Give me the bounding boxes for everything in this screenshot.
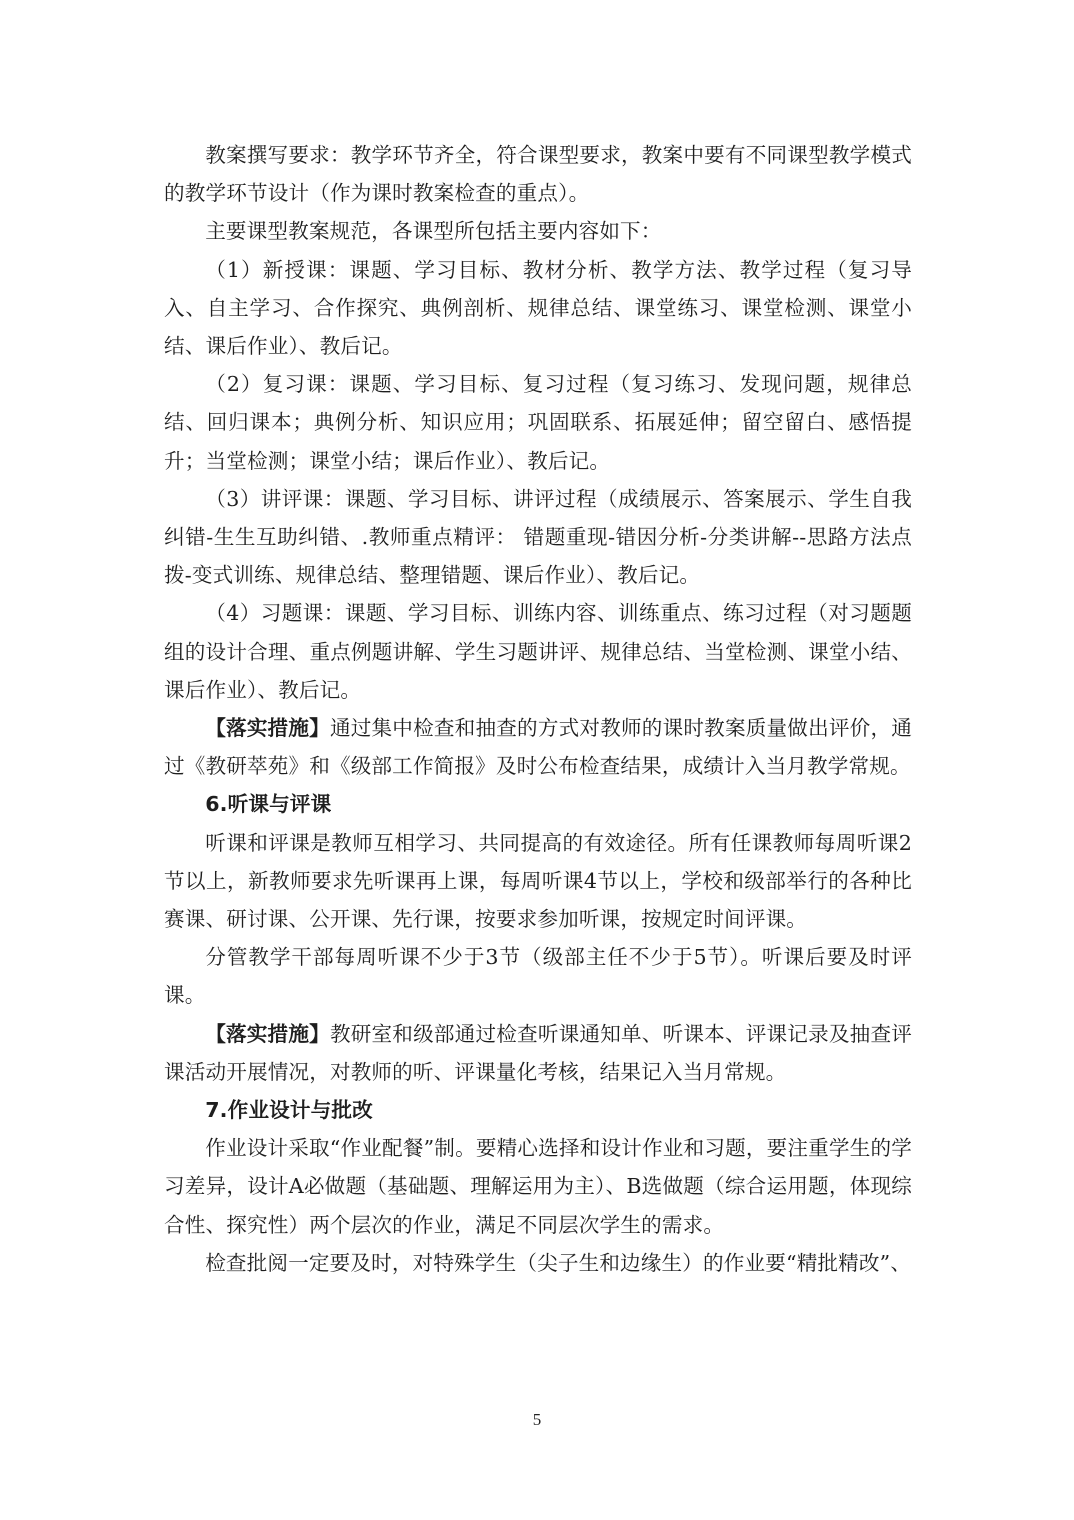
paragraph-admin-observation: 分管教学干部每周听课不少于3节（级部主任不少于5节）。听课后要及时评课。 <box>164 938 912 1014</box>
section-heading-7: 7.作业设计与批改 <box>164 1091 912 1129</box>
page-number: 5 <box>0 1410 1074 1430</box>
document-body: 教案撰写要求：教学环节齐全，符合课型要求，教案中要有不同课型教学模式的教学环节设… <box>164 136 912 1282</box>
paragraph-exercise-lesson: （4）习题课：课题、学习目标、训练内容、训练重点、练习过程（对习题题组的设计合理… <box>164 594 912 709</box>
measures-label: 【落实措施】 <box>205 1022 330 1046</box>
paragraph-observation-intro: 听课和评课是教师互相学习、共同提高的有效途径。所有任课教师每周听课2节以上，新教… <box>164 824 912 939</box>
paragraph-lesson-types-intro: 主要课型教案规范，各课型所包括主要内容如下： <box>164 212 912 250</box>
paragraph-measures-observation: 【落实措施】教研室和级部通过检查听课通知单、听课本、评课记录及抽查评课活动开展情… <box>164 1015 912 1091</box>
paragraph-homework-design: 作业设计采取“作业配餐”制。要精心选择和设计作业和习题，要注重学生的学习差异，设… <box>164 1129 912 1244</box>
section-heading-6: 6.听课与评课 <box>164 785 912 823</box>
paragraph-homework-grading: 检查批阅一定要及时，对特殊学生（尖子生和边缘生）的作业要“精批精改”、 <box>164 1244 912 1282</box>
paragraph-new-lesson: （1）新授课：课题、学习目标、教材分析、教学方法、教学过程（复习导入、自主学习、… <box>164 251 912 366</box>
paragraph-review-lesson: （2）复习课：课题、学习目标、复习过程（复习练习、发现问题，规律总结、回归课本；… <box>164 365 912 480</box>
paragraph-measures-lesson-plans: 【落实措施】通过集中检查和抽查的方式对教师的课时教案质量做出评价，通过《教研萃苑… <box>164 709 912 785</box>
paragraph-lesson-plan-requirements: 教案撰写要求：教学环节齐全，符合课型要求，教案中要有不同课型教学模式的教学环节设… <box>164 136 912 212</box>
measures-label: 【落实措施】 <box>205 716 330 740</box>
paragraph-evaluation-lesson: （3）讲评课：课题、学习目标、讲评过程（成绩展示、答案展示、学生自我纠错-生生互… <box>164 480 912 595</box>
